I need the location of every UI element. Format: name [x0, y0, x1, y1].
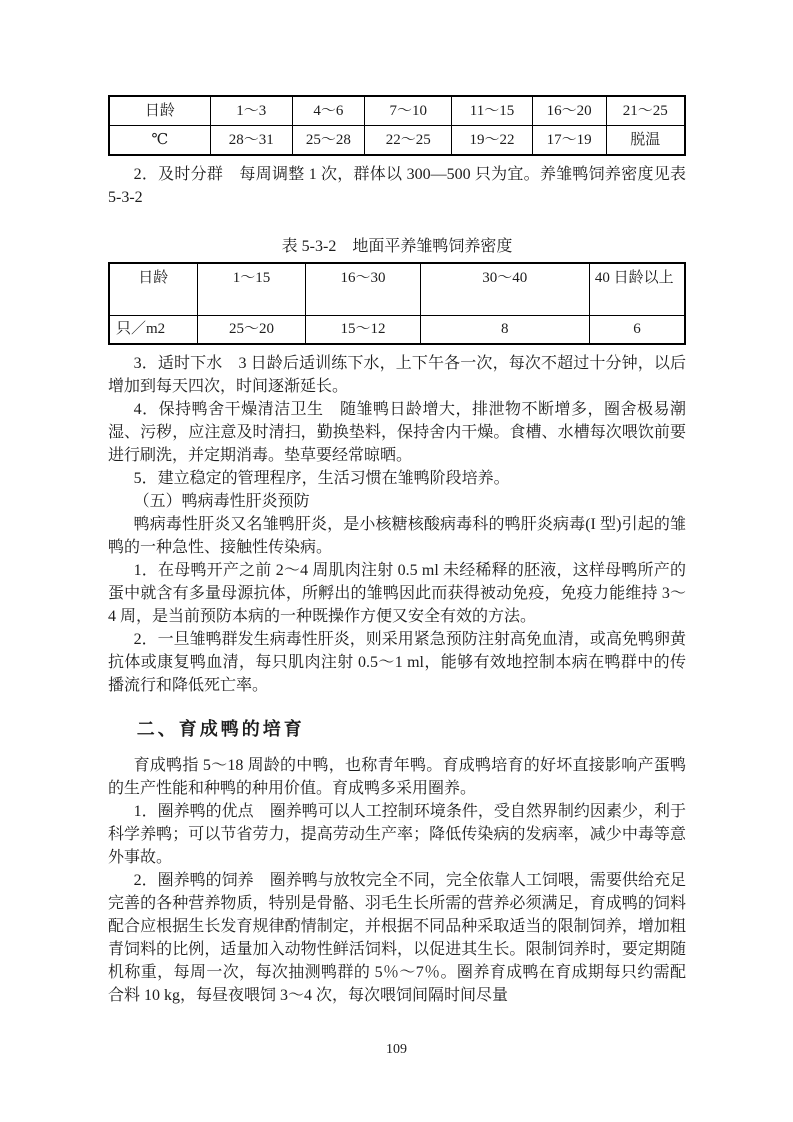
table-cell: 25～20	[197, 316, 306, 345]
paragraph-hepatitis-item-2: 2．一旦雏鸭群发生病毒性肝炎，则采用紧急预防注射高免血清，或高免鸭卵黄抗体或康复…	[108, 628, 686, 697]
table-cell: 30～40	[420, 263, 589, 316]
heading-growing-ducks: 二、育成鸭的培育	[108, 718, 686, 741]
table-cell: 40 日龄以上	[589, 263, 685, 316]
table-row: 日龄 1～15 16～30 30～40 40 日龄以上	[109, 263, 685, 316]
table-cell: 只／m2	[109, 316, 197, 345]
table-cell: 8	[420, 316, 589, 345]
table-cell: 19～22	[452, 126, 533, 156]
table-cell: 日龄	[109, 96, 210, 126]
page-content: 日龄 1～3 4～6 7～10 11～15 16～20 21～25 ℃ 28～3…	[108, 95, 686, 1007]
table-caption: 表 5-3-2 地面平养雏鸭饲养密度	[108, 235, 686, 258]
table-cell: 16～30	[306, 263, 420, 316]
paragraph-regroup: 2．及时分群 每周调整 1 次，群体以 300—500 只为宜。养雏鸭饲养密度见…	[108, 163, 686, 209]
table-cell: 11～15	[452, 96, 533, 126]
paragraph-routine: 5．建立稳定的管理程序，生活习惯在雏鸭阶段培养。	[108, 467, 686, 490]
table-cell: ℃	[109, 126, 210, 156]
paragraph-hepatitis-item-1: 1．在母鸭开产之前 2～4 周肌肉注射 0.5 ml 未经稀释的胚液，这样母鸭所…	[108, 559, 686, 628]
table-cell: 15～12	[306, 316, 420, 345]
paragraph-growing-item-1: 1．圈养鸭的优点 圈养鸭可以人工控制环境条件，受自然界制约因素少，利于科学养鸭；…	[108, 800, 686, 869]
table-row: 日龄 1～3 4～6 7～10 11～15 16～20 21～25	[109, 96, 685, 126]
paragraph-hepatitis-intro: 鸭病毒性肝炎又名雏鸭肝炎，是小核糖核酸病毒科的鸭肝炎病毒(I 型)引起的雏鸭的一…	[108, 513, 686, 559]
heading-hepatitis-prevention: （五）鸭病毒性肝炎预防	[108, 490, 686, 513]
table-cell: 日龄	[109, 263, 197, 316]
paragraph-growing-intro: 育成鸭指 5～18 周龄的中鸭，也称青年鸭。育成鸭培育的好坏直接影响产蛋鸭的生产…	[108, 754, 686, 800]
table-cell: 脱温	[606, 126, 685, 156]
table-cell: 21～25	[606, 96, 685, 126]
table-cell: 22～25	[365, 126, 452, 156]
page-number: 109	[0, 1038, 793, 1061]
table-row: 只／m2 25～20 15～12 8 6	[109, 316, 685, 345]
table-cell: 25～28	[292, 126, 365, 156]
density-table: 日龄 1～15 16～30 30～40 40 日龄以上 只／m2 25～20 1…	[108, 262, 686, 345]
paragraph-water-training: 3．适时下水 3 日龄后适训练下水，上下午各一次，每次不超过十分钟，以后增加到每…	[108, 352, 686, 398]
table-cell: 4～6	[292, 96, 365, 126]
table-cell: 28～31	[210, 126, 292, 156]
table-cell: 1～15	[197, 263, 306, 316]
document-page: 日龄 1～3 4～6 7～10 11～15 16～20 21～25 ℃ 28～3…	[0, 0, 793, 1122]
table-cell: 1～3	[210, 96, 292, 126]
table-cell: 17～19	[532, 126, 606, 156]
paragraph-growing-item-2: 2．圈养鸭的饲养 圈养鸭与放牧完全不同，完全依靠人工饲喂，需要供给充足完善的各种…	[108, 869, 686, 1007]
table-cell: 6	[589, 316, 685, 345]
paragraph-keep-dry: 4．保持鸭舍干燥清洁卫生 随雏鸭日龄增大，排泄物不断增多，圈舍极易潮湿、污秽，应…	[108, 398, 686, 467]
temperature-table: 日龄 1～3 4～6 7～10 11～15 16～20 21～25 ℃ 28～3…	[108, 95, 686, 156]
table-cell: 16～20	[532, 96, 606, 126]
table-cell: 7～10	[365, 96, 452, 126]
table-row: ℃ 28～31 25～28 22～25 19～22 17～19 脱温	[109, 126, 685, 156]
